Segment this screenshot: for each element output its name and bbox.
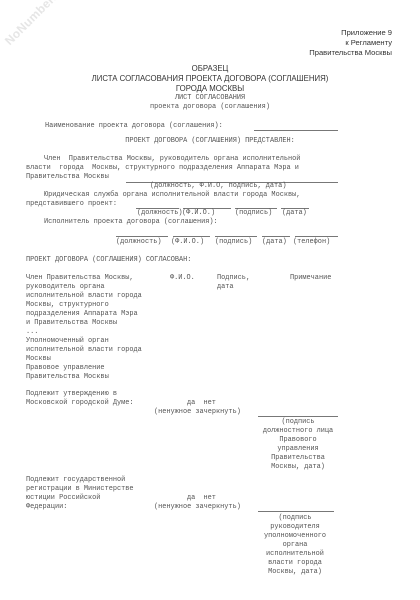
registration-signature-field[interactable] [258,511,334,512]
registration-text: регистрации в Министерстве [26,485,134,494]
duma-signature-field[interactable] [258,416,338,417]
appendix-line: к Регламенту [309,38,392,48]
list-item: исполнительной власти города [26,346,142,355]
list-item: Правительства Москвы [26,373,109,382]
table-header: дата [217,283,234,292]
sheet-subheading: проекта договора (соглашения) [0,103,420,112]
duma-options[interactable]: да нет [187,399,216,408]
caption-line: власти города [250,559,340,568]
registration-note: (ненужное зачеркнуть) [154,503,241,512]
duma-note: (ненужное зачеркнуть) [154,408,241,417]
appendix-line: Правительства Москвы [309,48,392,58]
caption-line: исполнительной [250,550,340,559]
caption-line: Правительства [250,454,346,463]
member-caption: (должность, Ф.И.О, подпись, дата) [150,182,286,191]
name-label: Наименование проекта договора (соглашени… [45,122,223,131]
legal-text: представившего проект: [26,200,117,209]
registration-options[interactable]: да нет [187,494,216,503]
registration-text: Подлежит государственной [26,476,125,485]
list-item: ... [26,328,38,337]
caption-line: (подпись [250,514,340,523]
caption-line: (подпись [250,418,346,427]
title-line: ЛИСТА СОГЛАСОВАНИЯ ПРОЕКТА ДОГОВОРА (СОГ… [0,74,420,84]
caption: (подпись) [215,238,252,247]
caption: (телефон) [293,238,330,247]
caption: (дата) [262,238,287,247]
executor-name-field[interactable] [173,236,210,237]
executor-phone-field[interactable] [295,236,338,237]
document-title: ОБРАЗЕЦ ЛИСТА СОГЛАСОВАНИЯ ПРОЕКТА ДОГОВ… [0,64,420,94]
caption-line: должностного лица [250,427,346,436]
sheet-heading: ЛИСТ СОГЛАСОВАНИЯ [0,94,420,103]
list-item: исполнительной власти города [26,292,142,301]
title-line: ГОРОДА МОСКВЫ [0,84,420,94]
caption-line: уполномоченного [250,532,340,541]
list-item: и Правительства Москвы [26,319,117,328]
caption-line: Москвы, дата) [250,463,346,472]
duma-text: Подлежит утверждению в [26,390,117,399]
caption-line: Москвы, дата) [250,568,340,577]
duma-text: Московской городской Думе: [26,399,134,408]
title-line: ОБРАЗЕЦ [0,64,420,74]
list-item: Москвы [26,355,51,364]
agreed-heading: ПРОЕКТ ДОГОВОРА (СОГЛАШЕНИЯ) СОГЛАСОВАН: [26,256,191,265]
appendix-note: Приложение 9 к Регламенту Правительства … [309,28,392,58]
caption-line: управления [250,445,346,454]
table-header: Член Правительства Москвы, [26,274,134,283]
list-item: руководитель органа [26,283,105,292]
member-text: Правительства Москвы [26,173,109,182]
table-header: Ф.И.О. [170,274,195,283]
member-text: власти города Москвы, структурного подра… [26,164,299,173]
duma-caption: (подпись должностного лица Правового упр… [250,418,346,472]
executor-label: Исполнитель проекта договора (соглашения… [44,218,218,227]
list-item: Москвы, структурного [26,301,109,310]
list-item: подразделения Аппарата Мэра [26,310,138,319]
executor-position-field[interactable] [116,236,168,237]
presented-heading: ПРОЕКТ ДОГОВОРА (СОГЛАШЕНИЯ) ПРЕДСТАВЛЕН… [0,137,420,146]
caption: (должность) [137,209,183,218]
watermark: NoNumber.ru [2,0,68,48]
caption: (подпись) [235,209,272,218]
executor-signature-field[interactable] [215,236,257,237]
caption-line: органа [250,541,340,550]
caption-line: Правового [250,436,346,445]
table-header: Примечание [290,274,331,283]
caption: (Ф.И.О.) [171,238,204,247]
member-text: Член Правительства Москвы, руководитель … [44,155,300,164]
list-item: Уполномоченный орган [26,337,109,346]
appendix-line: Приложение 9 [309,28,392,38]
registration-text: Федерации: [26,503,67,512]
list-item: Правовое управление [26,364,105,373]
caption: (Ф.И.О.) [182,209,215,218]
registration-text: юстиции Российской [26,494,100,503]
table-header: Подпись, [217,274,250,283]
caption: (должность) [116,238,162,247]
caption: (дата) [282,209,307,218]
registration-caption: (подпись руководителя уполномоченного ор… [250,514,340,577]
executor-date-field[interactable] [262,236,290,237]
caption-line: руководителя [250,523,340,532]
legal-text: Юридическая служба органа исполнительной… [44,191,300,200]
name-field[interactable] [254,130,338,131]
